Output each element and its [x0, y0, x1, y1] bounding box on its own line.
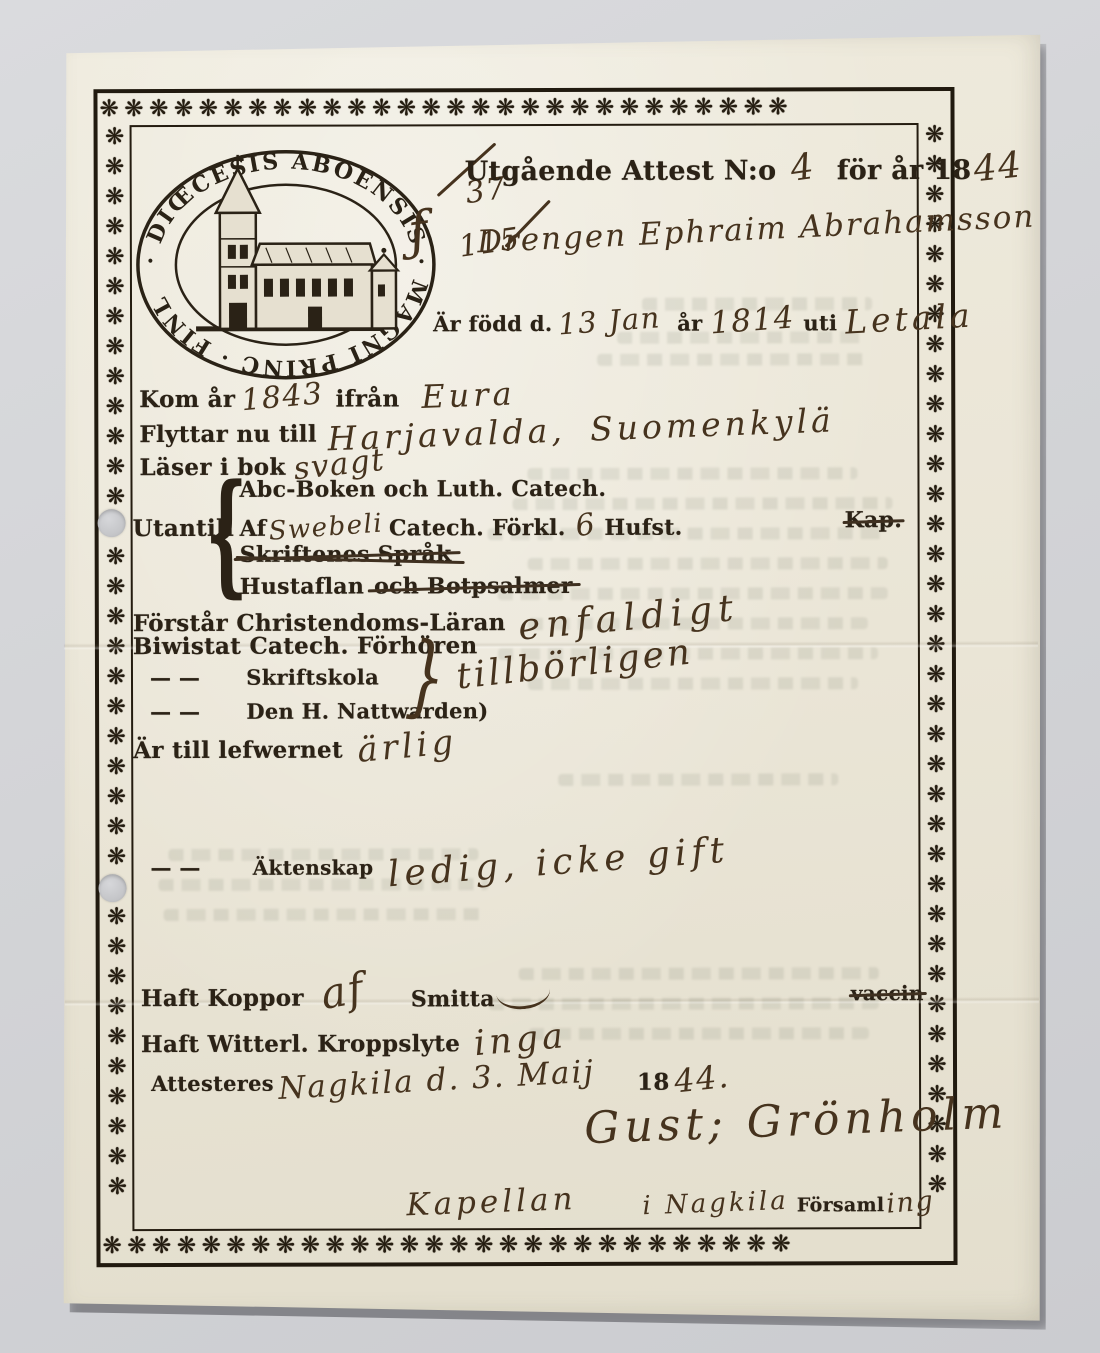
footer-line: Kapellan i Nagkila Församl ing — [406, 1183, 934, 1220]
birth-year-label: år — [677, 311, 702, 336]
certificate-paper: ❋❋❋❋❋❋❋❋❋❋❋❋❋❋❋❋❋❋❋❋❋❋❋❋❋❋❋❋ ❋❋❋❋❋❋❋❋❋❋❋… — [56, 35, 1045, 1326]
utantill-row1-text: Abc-Boken och Luth. Catech. — [239, 476, 606, 503]
skriftskola-line: — — Skriftskola — [150, 664, 379, 690]
birth-uti-label: uti — [803, 310, 837, 335]
attest-number: 4 — [788, 146, 818, 190]
hand-brace: } — [404, 628, 448, 724]
attestation-label: Attesteres — [151, 1071, 274, 1096]
utantill-row2-prefix: Af — [240, 516, 267, 542]
footer-printed: Församl — [797, 1194, 885, 1216]
diocese-seal: · DIŒCESIS ABOENSIS · MAGNI PRINC · FINL — [132, 146, 441, 383]
marriage-line: — — Äktenskap ledig, icke gift — [150, 842, 729, 885]
smallpox-line: Haft Koppor — [141, 985, 304, 1012]
birth-label: Är född d. — [433, 311, 552, 336]
attestation-line: Attesteres Nagkila d. 3. Maij 18 44. — [151, 1060, 729, 1100]
attest-header: Utgående Attest N:o 4 för år 18 44 — [465, 147, 1023, 189]
utantill-row1: Abc-Boken och Luth. Catech. — [239, 476, 606, 503]
utantill-row2-mid: Catech. Förkl. — [389, 515, 566, 541]
smallpox-hand: af — [317, 963, 369, 1019]
attestation-year-hand: 44. — [672, 1057, 731, 1101]
moves-to-line: Flyttar nu till Harjavalda, Suomenkylä — [139, 409, 834, 450]
attestation-year-printed: 18 — [637, 1069, 670, 1096]
conduct-label: Är till lefwernet — [133, 737, 343, 765]
skriftskola-dashes: — — — [150, 665, 200, 690]
birth-year: 1814 — [709, 299, 796, 341]
utantill-row2: Af Swebeli Catech. Förkl. 6 Hufst. — [240, 508, 683, 544]
moves-label: Flyttar nu till — [139, 421, 317, 448]
rosette-row-left: ❋❋❋❋❋❋❋❋❋❋❋❋❋❋❋❋❋❋❋❋❋❋❋❋❋❋❋❋❋❋❋❋❋❋❋❋ — [99, 124, 133, 1232]
marriage-label: Äktenskap — [253, 855, 374, 879]
utantill-row3-struck: Skriftenes Språk — [240, 541, 452, 568]
rosette-row-bottom: ❋❋❋❋❋❋❋❋❋❋❋❋❋❋❋❋❋❋❋❋❋❋❋❋❋❋❋❋ — [102, 1229, 951, 1262]
nattward-label: Den H. Nattwarden) — [246, 698, 488, 724]
utantill-row2-number: 6 — [573, 507, 598, 545]
conduct-line: Är till lefwernet ärlig — [133, 726, 457, 767]
footer-hand-suffix: ing — [885, 1185, 935, 1219]
footer-title: Kapellan — [406, 1181, 577, 1223]
footer-place: i Nagkila — [642, 1186, 789, 1221]
birth-line: Är född d. 13 Jan år 1814 uti Letala — [433, 299, 974, 339]
attest-year-hand: 44 — [971, 144, 1024, 190]
nattward-dashes: — — — [150, 699, 200, 724]
punch-hole-bottom — [99, 874, 127, 902]
birth-day: 13 Jan — [557, 300, 662, 341]
came-label: Kom år — [139, 386, 235, 413]
attest-title: Utgående Attest N:o — [465, 155, 777, 187]
photo-of-certificate: ❋❋❋❋❋❋❋❋❋❋❋❋❋❋❋❋❋❋❋❋❋❋❋❋❋❋❋❋ ❋❋❋❋❋❋❋❋❋❋❋… — [0, 0, 1100, 1353]
marriage-dashes: — — — [150, 855, 200, 880]
smallpox-struck: vaccin — [851, 981, 924, 1005]
bodily-label: Haft Witterl. Kroppslyte — [141, 1030, 460, 1058]
punch-hole-top — [98, 509, 126, 537]
conduct-value: ärlig — [355, 722, 458, 771]
attest-year-label: för år 18 — [837, 155, 972, 186]
rosette-row-right: ❋❋❋❋❋❋❋❋❋❋❋❋❋❋❋❋❋❋❋❋❋❋❋❋❋❋❋❋❋❋❋❋❋❋❋❋ — [919, 122, 953, 1230]
utantill-row2-suffix: Hufst. — [604, 515, 682, 541]
smallpox-mid: Smitta — [411, 986, 495, 1012]
rosette-row-top: ❋❋❋❋❋❋❋❋❋❋❋❋❋❋❋❋❋❋❋❋❋❋❋❋❋❋❋❋ — [99, 92, 948, 125]
birth-place: Letala — [844, 296, 975, 342]
utantill-row2-struck: Kap. — [845, 507, 903, 533]
came-from-line: Kom år 1843 ifrån Eura — [139, 376, 516, 415]
bodily-line: Haft Witterl. Kroppslyte inga — [141, 1020, 567, 1061]
came-from-label: ifrån — [336, 385, 400, 412]
smallpox-label: Haft Koppor — [141, 985, 304, 1012]
skriftskola-label: Skriftskola — [246, 664, 379, 689]
